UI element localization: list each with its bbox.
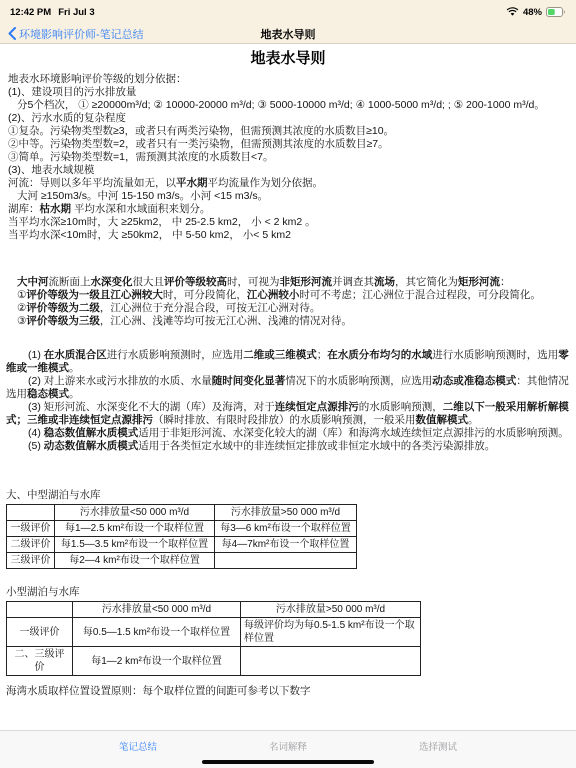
paragraph: (3)、地表水域规模 <box>6 164 570 177</box>
back-chevron-icon <box>8 27 16 40</box>
note-content-scroll-area[interactable]: 地表水导则 地表水环境影响评价等级的划分依据：(1)、建设项目的污水排放量分5个… <box>0 44 576 730</box>
tab-bar: 笔记总结名词解释选择测试 <box>0 730 576 768</box>
paragraph: (4) 稳态数值解水质模式适用于非矩形河流、水深变化较大的湖（库）和海湾水域连续… <box>6 427 570 440</box>
paragraph: (2) 对上游来水或污水排放的水质、水量随时间变化显著情况下的水质影响预测，应选… <box>6 375 570 401</box>
page-title: 地表水导则 <box>6 47 570 68</box>
table-header-cell <box>7 602 73 618</box>
table-header-cell: 污水排放量>50 000 m³/d <box>215 505 357 521</box>
table-cell: 每级评价均为每0.5-1.5 km²布设一个取样位置 <box>241 618 421 647</box>
wifi-icon <box>506 7 519 17</box>
table-cell: 每1—2 km²布设一个取样位置 <box>73 647 241 676</box>
table-cell: 二、三级评价 <box>7 647 73 676</box>
status-date: Fri Jul 3 <box>58 7 94 18</box>
table-label: 大、中型湖泊与水库 <box>6 487 570 502</box>
table-cell: 每1—2.5 km²布设一个取样位置 <box>55 521 215 537</box>
table-cell: 每1.5—3.5 km²布设一个取样位置 <box>55 537 215 553</box>
paragraph: (3) 矩形河流、水深变化不大的湖（库）及海湾，对于连续恒定点源排污的水质影响预… <box>6 401 570 427</box>
tab-item[interactable]: 名词解释 <box>213 739 363 753</box>
tab-bar-tabs: 笔记总结名词解释选择测试 <box>0 731 576 753</box>
table-cell <box>241 647 421 676</box>
paragraph: 湖库：枯水期 平均水深和水域面积来划分。 <box>6 203 570 216</box>
paragraph: 大中河流断面上水深变化很大且评价等级较高时，可视为非矩形河流并调查其流场，其它简… <box>6 276 570 289</box>
paragraph: 地表水环境影响评价等级的划分依据： <box>6 73 570 86</box>
paragraph: 当平均水深≥10m时，大 ≥25km2， 中 25-2.5 km2， 小 < 2… <box>6 216 570 229</box>
tables: 大、中型湖泊与水库污水排放量<50 000 m³/d污水排放量>50 000 m… <box>6 487 570 676</box>
battery-percent: 48% <box>523 7 542 18</box>
table-cell: 一级评价 <box>7 521 55 537</box>
paragraph: (5) 动态数值解水质模式适用于各类恒定水域中的非连续恒定排放或非恒定水域中的各… <box>6 440 570 453</box>
note-table: 污水排放量<50 000 m³/d污水排放量>50 000 m³/d一级评价每0… <box>6 601 421 676</box>
table-header-row: 污水排放量<50 000 m³/d污水排放量>50 000 m³/d <box>7 505 357 521</box>
table-cell <box>215 553 357 569</box>
table-header-cell <box>7 505 55 521</box>
footnote-text: 海湾水质取样位置设置原则：每个取样位置的间距可参考以下数字 <box>6 685 570 698</box>
table-cell: 每0.5—1.5 km²布设一个取样位置 <box>73 618 241 647</box>
paragraph: 分5个档次， ① ≥20000m³/d; ② 10000-20000 m³/d;… <box>6 99 570 112</box>
table-row: 二级评价每1.5—3.5 km²布设一个取样位置每4—7km²布设一个取样位置 <box>7 537 357 553</box>
note-table: 污水排放量<50 000 m³/d污水排放量>50 000 m³/d一级评价每1… <box>6 504 357 569</box>
table-cell: 每4—7km²布设一个取样位置 <box>215 537 357 553</box>
status-bar: 12:42 PM Fri Jul 3 48% <box>0 0 576 22</box>
paragraph: ③简单。污染物类型数=1，需预测其浓度的水质数目<7。 <box>6 151 570 164</box>
paragraph: (1) 在水质混合区进行水质影响预测时，应选用二维或三维模式；在水质分布均匀的水… <box>6 349 570 375</box>
table-header-cell: 污水排放量<50 000 m³/d <box>73 602 241 618</box>
table-cell: 每3—6 km²布设一个取样位置 <box>215 521 357 537</box>
table-row: 三级评价每2—4 km²布设一个取样位置 <box>7 553 357 569</box>
table-header-row: 污水排放量<50 000 m³/d污水排放量>50 000 m³/d <box>7 602 421 618</box>
paragraph: 大河 ≥150m3/s。中河 15-150 m3/s。小河 <15 m3/s。 <box>6 190 570 203</box>
paragraph: ①复杂。污染物类型数≥3，或者只有两类污染物，但需预测其浓度的水质数目≥10。 <box>6 125 570 138</box>
header: 12:42 PM Fri Jul 3 48% <box>0 0 576 44</box>
battery-icon <box>546 7 566 17</box>
note-body: 地表水环境影响评价等级的划分依据：(1)、建设项目的污水排放量分5个档次， ① … <box>6 73 570 453</box>
paragraph: ②评价等级为二级，江心洲位于充分混合段，可按无江心洲对待。 <box>6 302 570 315</box>
tab-item[interactable]: 选择测试 <box>363 739 513 753</box>
status-time: 12:42 PM <box>10 7 51 18</box>
table-row: 二、三级评价每1—2 km²布设一个取样位置 <box>7 647 421 676</box>
table-cell: 每2—4 km²布设一个取样位置 <box>55 553 215 569</box>
table-row: 一级评价每1—2.5 km²布设一个取样位置每3—6 km²布设一个取样位置 <box>7 521 357 537</box>
paragraph: ③评价等级为三级，江心洲、浅滩等均可按无江心洲、浅滩的情况对待。 <box>6 315 570 328</box>
paragraph: ②中等。污染物类型数=2，或者只有一类污染物，但需预测其浓度的水质数目≥7。 <box>6 138 570 151</box>
table-cell: 二级评价 <box>7 537 55 553</box>
back-button[interactable]: 环境影响评价师-笔记总结 <box>8 26 144 42</box>
home-indicator[interactable] <box>202 760 374 765</box>
tab-item[interactable]: 笔记总结 <box>63 739 213 753</box>
table-header-cell: 污水排放量<50 000 m³/d <box>55 505 215 521</box>
back-button-label: 环境影响评价师-笔记总结 <box>19 26 144 42</box>
paragraph: 当平均水深<10m时，大 ≥50km2， 中 5-50 km2， 小< 5 km… <box>6 229 570 242</box>
table-header-cell: 污水排放量>50 000 m³/d <box>241 602 421 618</box>
paragraph: ①评价等级为一级且江心洲较大时，可分段简化，江心洲较小时可不考虑；江心洲位于混合… <box>6 289 570 302</box>
nav-bar: 环境影响评价师-笔记总结 地表水导则 <box>0 22 576 45</box>
table-cell: 一级评价 <box>7 618 73 647</box>
table-cell: 三级评价 <box>7 553 55 569</box>
table-row: 一级评价每0.5—1.5 km²布设一个取样位置每级评价均为每0.5-1.5 k… <box>7 618 421 647</box>
paragraph: (2)、污水水质的复杂程度 <box>6 112 570 125</box>
paragraph: (1)、建设项目的污水排放量 <box>6 86 570 99</box>
paragraph: 河流：导则以多年平均流量如无，以平水期平均流量作为划分依据。 <box>6 177 570 190</box>
table-label: 小型湖泊与水库 <box>6 584 570 599</box>
